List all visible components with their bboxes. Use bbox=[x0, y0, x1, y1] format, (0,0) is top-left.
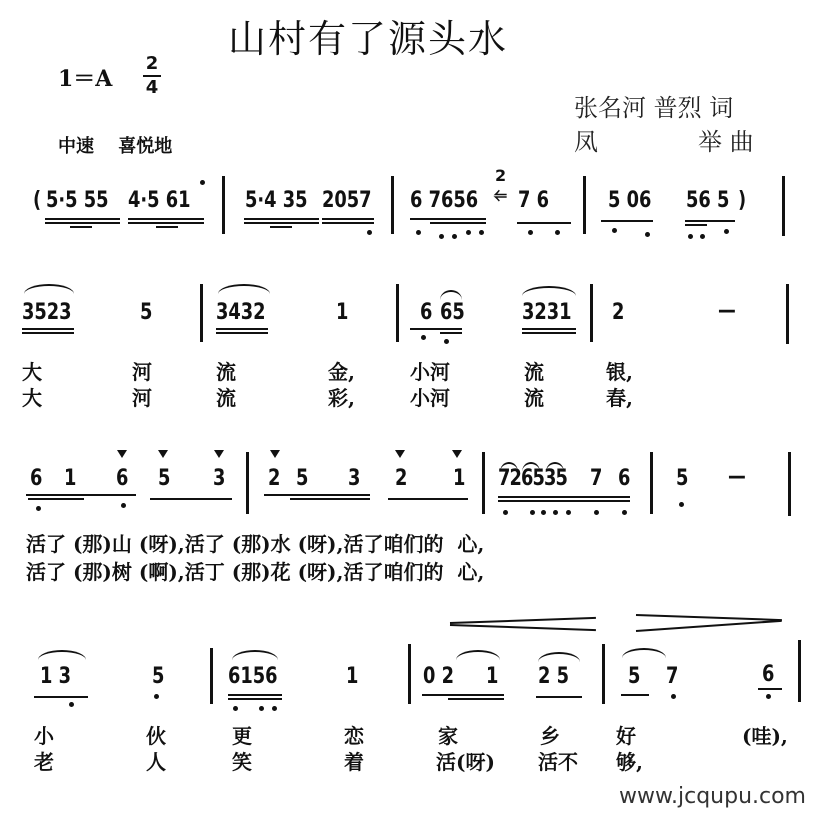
underline bbox=[522, 332, 576, 334]
underline bbox=[498, 496, 630, 498]
underline bbox=[244, 222, 319, 224]
low-octave-dot bbox=[121, 503, 126, 508]
low-octave-dot bbox=[530, 510, 535, 515]
barline bbox=[222, 176, 225, 234]
lyric: 笑 bbox=[232, 746, 252, 775]
low-octave-dot bbox=[645, 232, 650, 237]
underline bbox=[150, 498, 232, 500]
notes-group: 56 5 bbox=[686, 188, 729, 213]
lyricist-credit: 张名河 普烈 词 bbox=[574, 88, 733, 123]
lyric: 小河 bbox=[410, 356, 450, 385]
barline bbox=[396, 284, 399, 342]
notes-group: 3432 bbox=[216, 300, 266, 325]
note: 1 bbox=[64, 466, 76, 491]
low-octave-dot bbox=[622, 510, 627, 515]
accent-mark-icon bbox=[395, 450, 405, 458]
time-denominator: 4 bbox=[143, 78, 161, 98]
underline bbox=[22, 332, 74, 334]
note: 1 bbox=[346, 664, 358, 689]
notes-group: 1 3 bbox=[40, 664, 71, 689]
note: 5 bbox=[158, 466, 170, 491]
low-octave-dot bbox=[766, 694, 771, 699]
note: 6 bbox=[420, 300, 432, 325]
slur bbox=[538, 652, 580, 662]
underline bbox=[685, 220, 735, 222]
accent-mark-icon bbox=[158, 450, 168, 458]
lyric: 小 bbox=[34, 720, 54, 749]
slur bbox=[440, 290, 462, 300]
lyric: 老 bbox=[34, 746, 54, 775]
note: 5 bbox=[152, 664, 164, 689]
low-octave-dot bbox=[503, 510, 508, 515]
note: 3 bbox=[213, 466, 225, 491]
underline bbox=[430, 222, 486, 224]
underline bbox=[517, 222, 571, 224]
extend-dash: — bbox=[718, 298, 736, 323]
lyric: 人 bbox=[146, 746, 166, 775]
crescendo-hairpin bbox=[450, 624, 596, 631]
underline bbox=[440, 332, 462, 334]
composer-name: 凤 bbox=[574, 128, 598, 156]
underline bbox=[264, 494, 370, 496]
composer-name-2: 举 bbox=[698, 128, 722, 156]
lyric: 河 bbox=[132, 356, 152, 385]
lyric: 活不 bbox=[538, 746, 578, 775]
slur bbox=[38, 650, 86, 660]
notes-group: 6 7656 bbox=[410, 188, 478, 213]
barline bbox=[200, 284, 203, 342]
notes-group: 7 6 bbox=[518, 188, 549, 213]
lyric: 流 bbox=[524, 356, 544, 385]
underline bbox=[70, 226, 92, 228]
accent-mark-icon bbox=[270, 450, 280, 458]
slur bbox=[218, 284, 270, 294]
underline bbox=[28, 498, 84, 500]
notes-group: 5 06 bbox=[608, 188, 651, 213]
underline bbox=[621, 694, 649, 696]
underline bbox=[128, 222, 204, 224]
accent-mark-icon bbox=[452, 450, 462, 458]
lyric: (哇), bbox=[742, 720, 788, 749]
extend-dash: — bbox=[728, 464, 746, 489]
underline bbox=[156, 226, 178, 228]
lyric: 河 bbox=[132, 382, 152, 411]
low-octave-dot bbox=[259, 706, 264, 711]
low-octave-dot bbox=[69, 702, 74, 707]
barline bbox=[482, 452, 485, 514]
underline bbox=[290, 498, 370, 500]
low-octave-dot bbox=[541, 510, 546, 515]
notes-group: 2 5 bbox=[538, 664, 569, 689]
lyric: 彩, bbox=[328, 382, 355, 411]
note: 2 bbox=[268, 466, 280, 491]
crescendo-hairpin bbox=[450, 617, 596, 624]
low-octave-dot bbox=[452, 234, 457, 239]
underline bbox=[322, 222, 374, 224]
lyric: 乡 bbox=[540, 720, 560, 749]
paren-close: ) bbox=[738, 188, 746, 213]
note: 6 bbox=[762, 662, 774, 687]
underline bbox=[448, 698, 504, 700]
note: 2 bbox=[612, 300, 624, 325]
lyric: 伙 bbox=[146, 720, 166, 749]
low-octave-dot bbox=[612, 228, 617, 233]
lyric: 好 bbox=[616, 720, 636, 749]
low-octave-dot bbox=[553, 510, 558, 515]
underline bbox=[216, 328, 268, 330]
high-octave-dot bbox=[200, 180, 205, 185]
underline bbox=[422, 694, 504, 696]
note: 6 bbox=[116, 466, 128, 491]
barline bbox=[798, 640, 801, 702]
lyric: 够, bbox=[616, 746, 643, 775]
underline bbox=[601, 220, 653, 222]
lyric: 银, bbox=[606, 356, 633, 385]
underline bbox=[34, 696, 88, 698]
note: 5 bbox=[140, 300, 152, 325]
lyric: 流 bbox=[216, 356, 236, 385]
underline bbox=[228, 698, 282, 700]
composer-role: 曲 bbox=[730, 128, 754, 156]
low-octave-dot bbox=[479, 230, 484, 235]
slur bbox=[522, 286, 576, 296]
barline bbox=[782, 176, 785, 236]
underline bbox=[536, 696, 582, 698]
barline bbox=[408, 644, 411, 704]
grace-arrow-icon: ⥢ bbox=[494, 185, 507, 205]
slur bbox=[456, 650, 500, 660]
composer-credit: 凤举 曲 bbox=[574, 122, 754, 157]
barline bbox=[391, 176, 394, 234]
notes-group: 5·5 55 bbox=[46, 188, 109, 213]
time-numerator: 2 bbox=[143, 54, 161, 74]
lyric-line: 活了 (那)树 (啊),活丁 (那)花 (呀),活了咱们的 心, bbox=[26, 556, 484, 585]
barline bbox=[590, 284, 593, 342]
low-octave-dot bbox=[416, 230, 421, 235]
accent-mark-icon bbox=[117, 450, 127, 458]
low-octave-dot bbox=[272, 706, 277, 711]
note: 1 bbox=[486, 664, 498, 689]
underline bbox=[244, 218, 319, 220]
slur bbox=[622, 648, 666, 658]
notes-group: 65 bbox=[440, 300, 465, 325]
low-octave-dot bbox=[671, 694, 676, 699]
underline bbox=[410, 328, 462, 330]
watermark: www.jcqupu.com bbox=[619, 784, 806, 809]
note: 3 bbox=[348, 466, 360, 491]
underline bbox=[216, 332, 268, 334]
accent-mark-icon bbox=[214, 450, 224, 458]
low-octave-dot bbox=[36, 506, 41, 511]
notes-group: 726535 bbox=[498, 466, 567, 491]
underline bbox=[45, 222, 120, 224]
barline bbox=[788, 452, 791, 516]
lyricist-role: 词 bbox=[709, 94, 733, 122]
lyric: 流 bbox=[524, 382, 544, 411]
underline bbox=[522, 328, 576, 330]
key-signature: 1＝A bbox=[58, 62, 112, 93]
barline bbox=[602, 644, 605, 704]
lyric: 小河 bbox=[410, 382, 450, 411]
note: 1 bbox=[453, 466, 465, 491]
barline bbox=[786, 284, 789, 344]
note: 5 bbox=[676, 466, 688, 491]
slur bbox=[232, 650, 278, 660]
underline bbox=[26, 494, 136, 496]
low-octave-dot bbox=[421, 335, 426, 340]
lyric-line: 活了 (那)山 (呀),活了 (那)水 (呀),活了咱们的 心, bbox=[26, 528, 484, 557]
low-octave-dot bbox=[528, 230, 533, 235]
grace-note: 2 bbox=[495, 166, 506, 185]
lyricist-names: 张名河 普烈 bbox=[574, 94, 702, 122]
notes-group: 4·5 61 bbox=[128, 188, 191, 213]
low-octave-dot bbox=[679, 502, 684, 507]
underline bbox=[388, 498, 468, 500]
paren-open: ( bbox=[33, 188, 41, 213]
barline bbox=[583, 176, 586, 234]
note: 1 bbox=[336, 300, 348, 325]
notes-group: 3231 bbox=[522, 300, 572, 325]
notes-group: 2057 bbox=[322, 188, 372, 213]
notes-group: 6156 bbox=[228, 664, 278, 689]
low-octave-dot bbox=[594, 510, 599, 515]
underline bbox=[410, 218, 486, 220]
lyric: 大 bbox=[22, 356, 42, 385]
lyric: 金, bbox=[328, 356, 355, 385]
tempo-marking: 中速 喜悦地 bbox=[58, 132, 172, 158]
underline bbox=[270, 226, 292, 228]
low-octave-dot bbox=[439, 234, 444, 239]
notes-group: 5·4 35 bbox=[245, 188, 308, 213]
barline bbox=[650, 452, 653, 514]
underline bbox=[22, 328, 74, 330]
lyric: 活(呀) bbox=[436, 746, 495, 775]
notes-group: 0 2 bbox=[423, 664, 454, 689]
lyric: 流 bbox=[216, 382, 236, 411]
note: 6 bbox=[30, 466, 42, 491]
barline bbox=[210, 648, 213, 704]
underline bbox=[45, 218, 120, 220]
low-octave-dot bbox=[367, 230, 372, 235]
lyric: 大 bbox=[22, 382, 42, 411]
low-octave-dot bbox=[555, 230, 560, 235]
note: 7 bbox=[590, 466, 602, 491]
low-octave-dot bbox=[700, 234, 705, 239]
note: 6 bbox=[618, 466, 630, 491]
decrescendo-hairpin bbox=[636, 614, 782, 621]
low-octave-dot bbox=[154, 694, 159, 699]
lyric: 家 bbox=[438, 720, 458, 749]
underline bbox=[128, 218, 204, 220]
time-signature: 2 4 bbox=[143, 54, 161, 98]
note: 5 bbox=[296, 466, 308, 491]
underline bbox=[322, 218, 374, 220]
lyric: 恋 bbox=[344, 720, 364, 749]
notes-group: 3523 bbox=[22, 300, 72, 325]
lyric: 更 bbox=[232, 720, 252, 749]
underline bbox=[498, 500, 630, 502]
underline bbox=[758, 688, 782, 690]
low-octave-dot bbox=[566, 510, 571, 515]
low-octave-dot bbox=[466, 230, 471, 235]
decrescendo-hairpin bbox=[636, 620, 782, 632]
low-octave-dot bbox=[688, 234, 693, 239]
barline bbox=[246, 452, 249, 514]
low-octave-dot bbox=[444, 339, 449, 344]
low-octave-dot bbox=[233, 706, 238, 711]
underline bbox=[685, 224, 707, 226]
note: 5 bbox=[628, 664, 640, 689]
note: 2 bbox=[395, 466, 407, 491]
song-title: 山村有了源头水 bbox=[228, 8, 508, 63]
lyric: 春, bbox=[606, 382, 633, 411]
low-octave-dot bbox=[724, 229, 729, 234]
lyric: 着 bbox=[344, 746, 364, 775]
slur bbox=[24, 284, 74, 294]
note: 7 bbox=[666, 664, 678, 689]
underline bbox=[228, 694, 282, 696]
